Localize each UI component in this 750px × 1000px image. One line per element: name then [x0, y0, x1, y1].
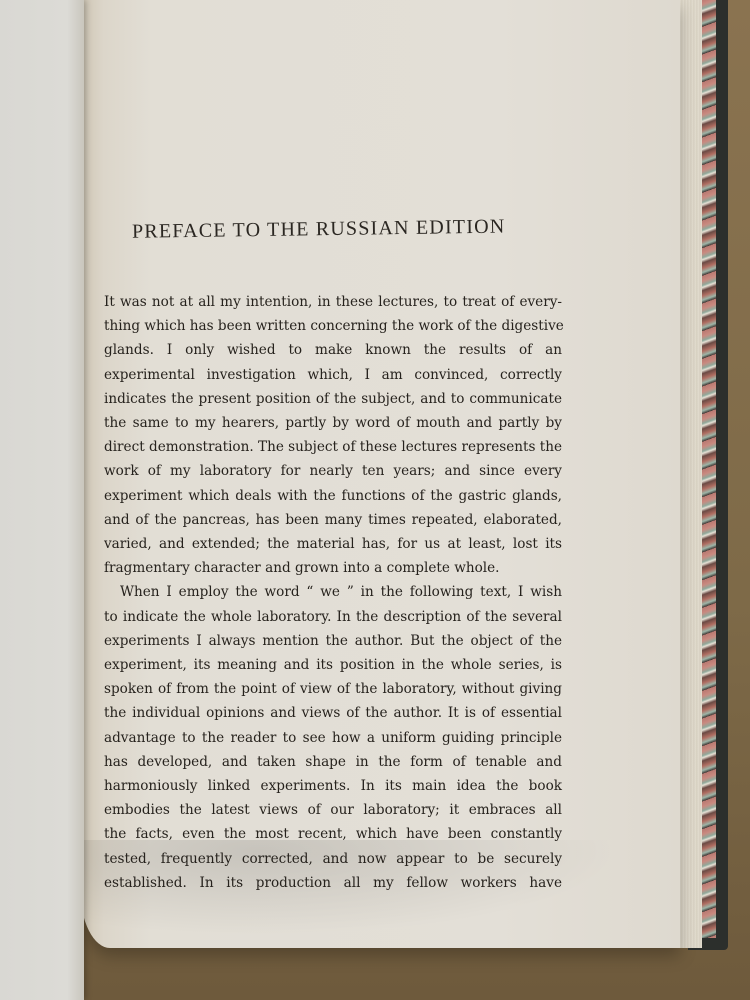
text-line: has developed, and taken shape in the fo…: [104, 750, 562, 774]
text-line: the individual opinions and views of the…: [104, 701, 562, 725]
text-line: thing which has been written concerning …: [104, 314, 562, 338]
text-line: experiments I always mention the author.…: [104, 629, 562, 653]
text-line: fragmentary character and grown into a c…: [104, 556, 562, 580]
body-text: It was not at all my intention, in these…: [104, 290, 562, 895]
paragraph-1: It was not at all my intention, in these…: [104, 290, 562, 580]
text-line: experiment, its meaning and its position…: [104, 653, 562, 677]
text-line: and of the pancreas, has been many times…: [104, 508, 562, 532]
text-line: to indicate the whole laboratory. In the…: [104, 605, 562, 629]
text-line: direct demonstration. The subject of the…: [104, 435, 562, 459]
text-line: experimental investigation which, I am c…: [104, 363, 562, 387]
text-line: established. In its production all my fe…: [104, 871, 562, 895]
text-line: glands. I only wished to make known the …: [104, 338, 562, 362]
text-line: indicates the present position of the su…: [104, 387, 562, 411]
marbled-page-edge: [700, 0, 716, 938]
text-line: work of my laboratory for nearly ten yea…: [104, 459, 562, 483]
text-line: spoken of from the point of view of the …: [104, 677, 562, 701]
text-line: advantage to the reader to see how a uni…: [104, 726, 562, 750]
text-line: It was not at all my intention, in these…: [104, 290, 562, 314]
text-line: harmoniously linked experiments. In its …: [104, 774, 562, 798]
text-line: embodies the latest views of our laborat…: [104, 798, 562, 822]
text-line: experiment which deals with the function…: [104, 484, 562, 508]
text-line: When I employ the word “ we ” in the fol…: [104, 580, 562, 604]
text-line: varied, and extended; the material has, …: [104, 532, 562, 556]
text-line: tested, frequently corrected, and now ap…: [104, 847, 562, 871]
paragraph-2: When I employ the word “ we ” in the fol…: [104, 580, 562, 895]
text-line: the facts, even the most recent, which h…: [104, 822, 562, 846]
facing-page: [0, 0, 84, 1000]
text-line: the same to my hearers, partly by word o…: [104, 411, 562, 435]
